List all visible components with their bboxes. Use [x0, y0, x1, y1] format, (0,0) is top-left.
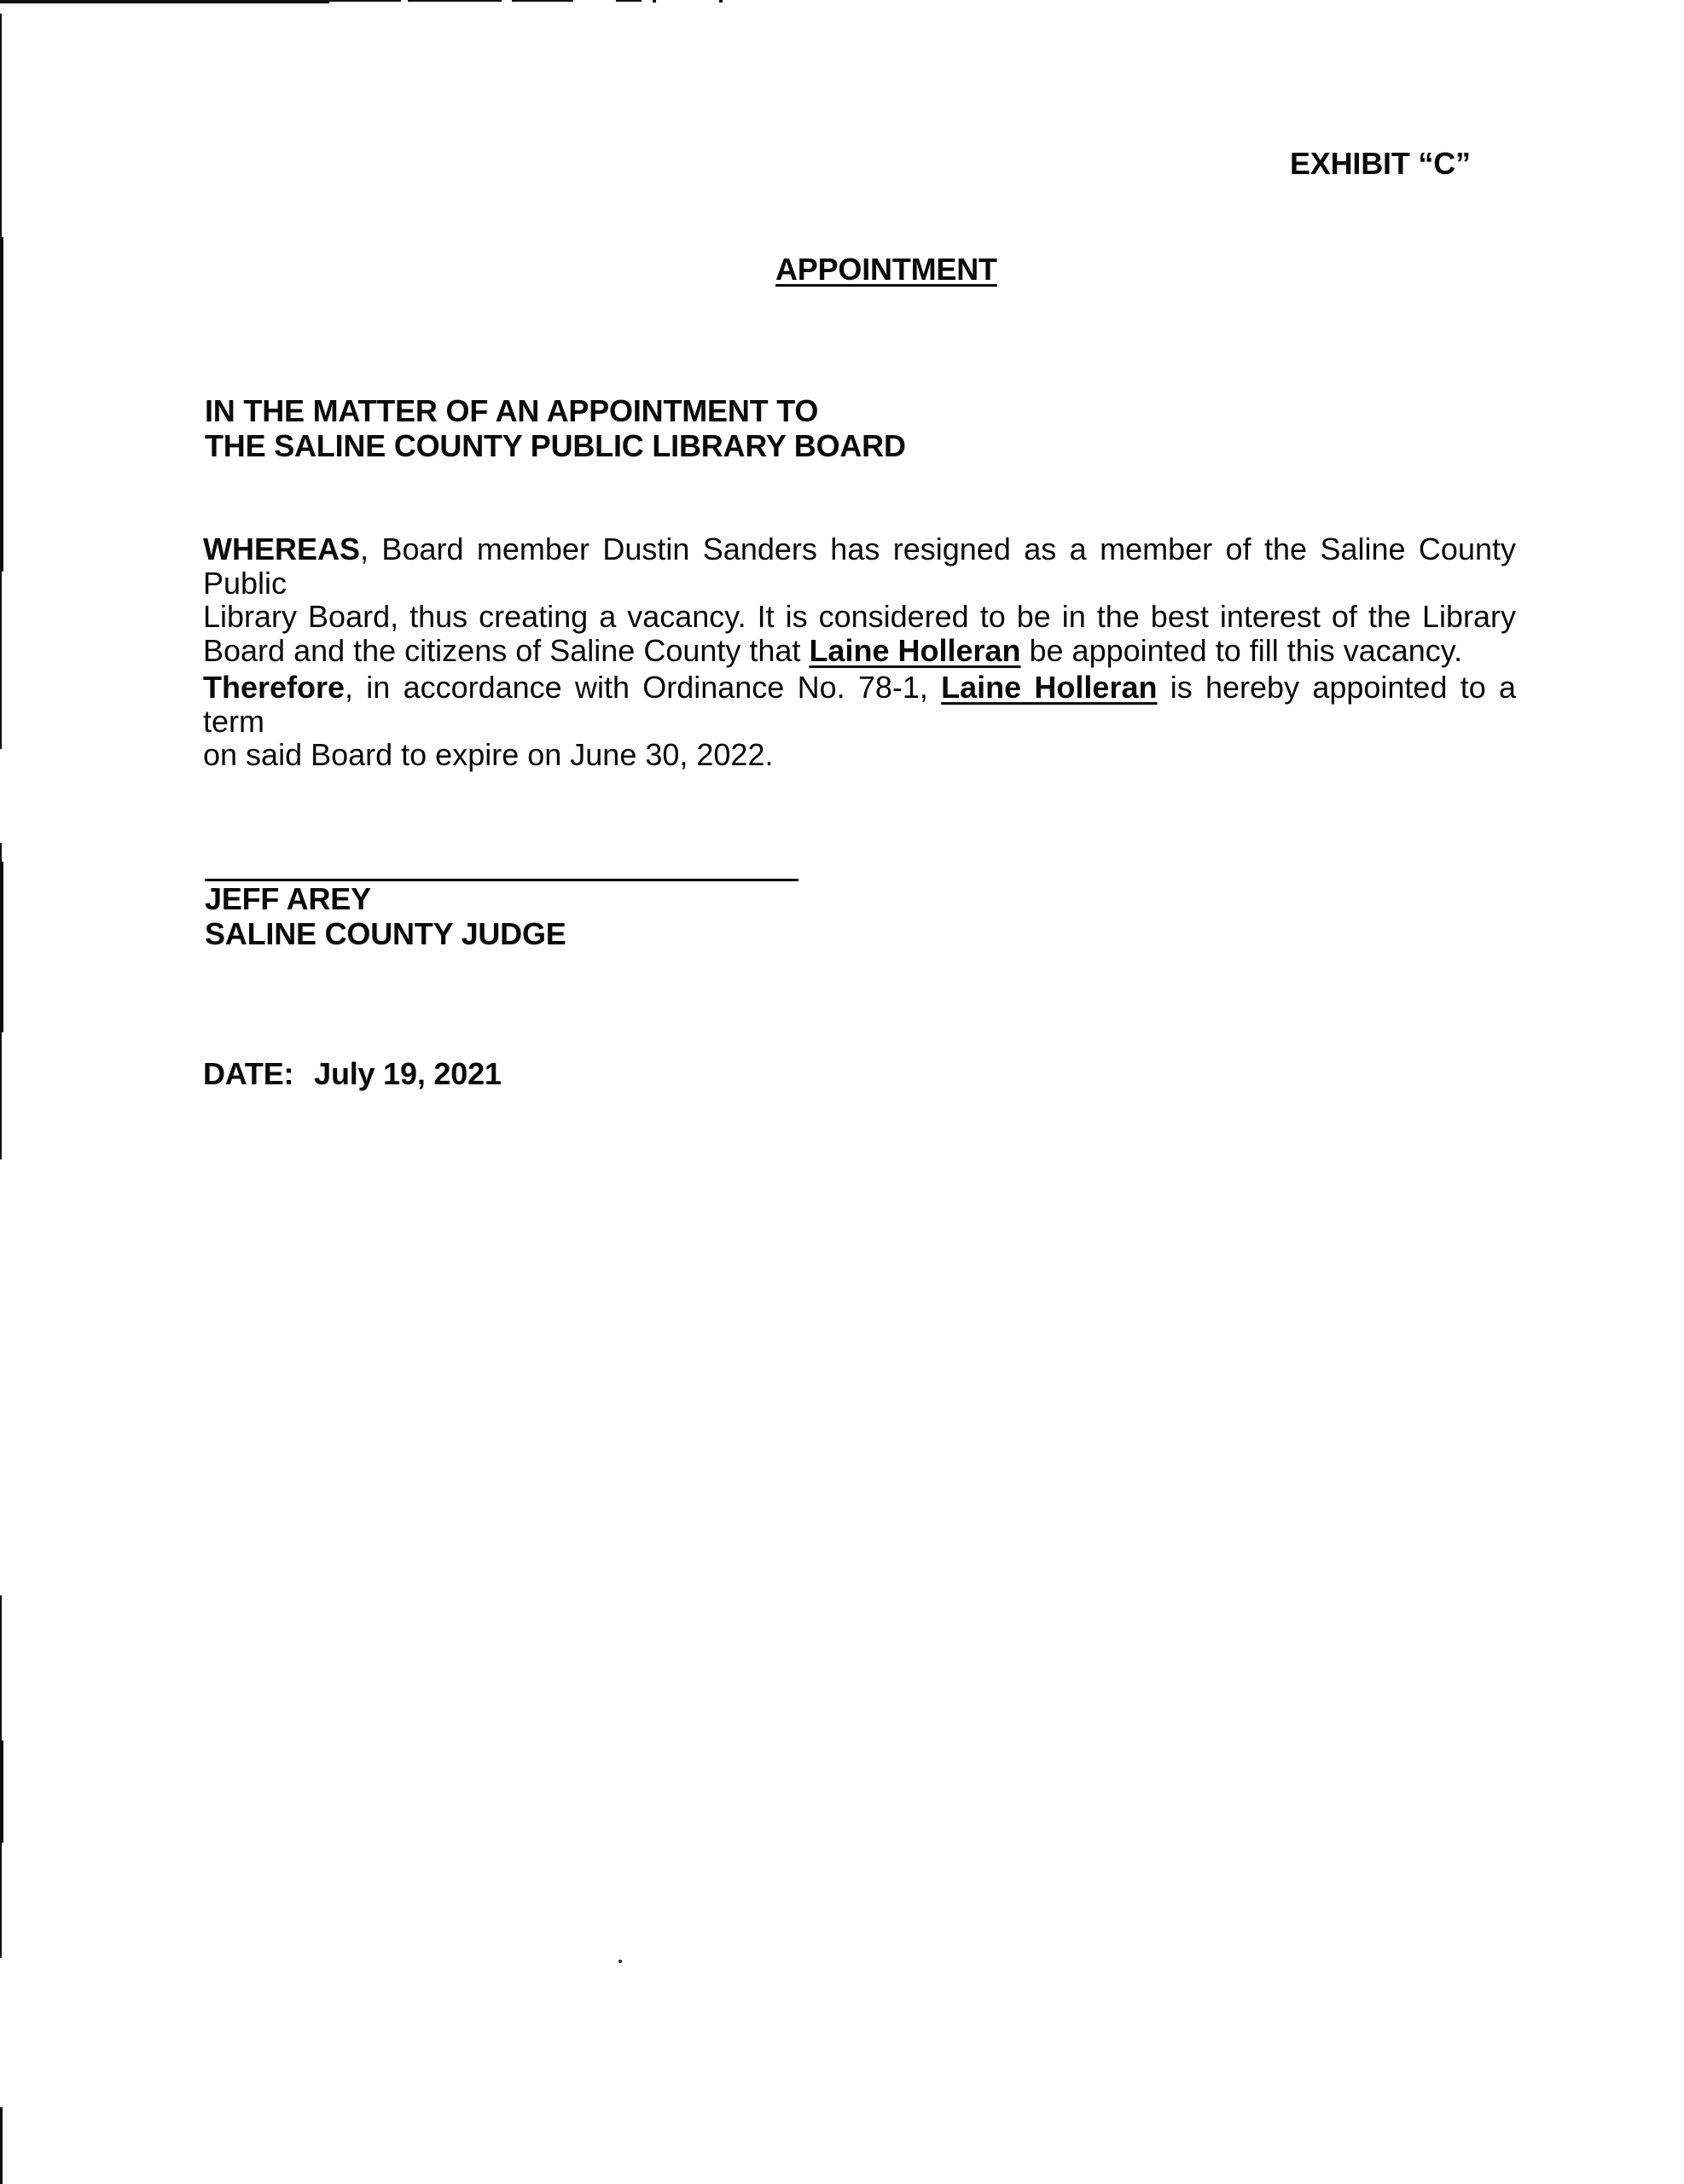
whereas-line-1: WHEREAS, Board member Dustin Sanders has…	[203, 532, 1516, 600]
whereas-paragraph: WHEREAS, Board member Dustin Sanders has…	[203, 532, 1516, 667]
whereas-text: Board and the citizens of Saline County …	[203, 633, 809, 668]
scan-speck	[618, 1960, 622, 1963]
signature-block: JEFF AREY SALINE COUNTY JUDGE	[205, 882, 566, 951]
whereas-text: be appointed to fill this vacancy.	[1021, 633, 1463, 668]
scan-edge-top	[329, 0, 401, 2]
scan-edge-top	[719, 0, 723, 3]
date-line: DATE: July 19, 2021	[203, 1057, 502, 1091]
signer-name: JEFF AREY	[205, 882, 566, 917]
scan-edge-top	[408, 0, 502, 2]
exhibit-label: EXHIBIT “C”	[1290, 147, 1471, 181]
signer-title: SALINE COUNTY JUDGE	[205, 917, 566, 952]
therefore-line-2: on said Board to expire on June 30, 2022…	[203, 738, 1516, 772]
matter-heading-line: IN THE MATTER OF AN APPOINTMENT TO	[205, 393, 906, 428]
appointee-name: Laine Holleran	[809, 633, 1020, 668]
appointee-name: Laine Holleran	[941, 670, 1157, 705]
date-value: July 19, 2021	[314, 1056, 502, 1091]
whereas-lead: WHEREAS	[203, 531, 360, 566]
matter-heading: IN THE MATTER OF AN APPOINTMENT TO THE S…	[205, 393, 906, 463]
document-title: APPOINTMENT	[775, 253, 997, 287]
date-label: DATE:	[203, 1056, 293, 1091]
therefore-text: , in accordance with Ordinance No. 78-1,	[345, 670, 941, 705]
scan-edge-left	[0, 237, 3, 572]
whereas-line-3: Board and the citizens of Saline County …	[203, 634, 1516, 668]
document-page: EXHIBIT “C” APPOINTMENT IN THE MATTER OF…	[0, 0, 1684, 2184]
whereas-text: , Board member Dustin Sanders has resign…	[203, 531, 1516, 601]
scan-edge-left	[0, 862, 3, 1032]
scan-edge-top	[653, 0, 656, 3]
scan-edge-left	[0, 2107, 3, 2184]
therefore-paragraph: Therefore, in accordance with Ordinance …	[203, 671, 1516, 772]
matter-heading-line: THE SALINE COUNTY PUBLIC LIBRARY BOARD	[205, 428, 906, 463]
scan-edge-top	[616, 0, 642, 2]
scan-edge-top	[0, 0, 329, 3]
therefore-lead: Therefore	[203, 670, 345, 705]
whereas-line-2: Library Board, thus creating a vacancy. …	[203, 600, 1516, 634]
scan-edge-left	[0, 1740, 3, 1843]
scan-edge-top	[512, 0, 573, 2]
therefore-line-1: Therefore, in accordance with Ordinance …	[203, 671, 1516, 738]
